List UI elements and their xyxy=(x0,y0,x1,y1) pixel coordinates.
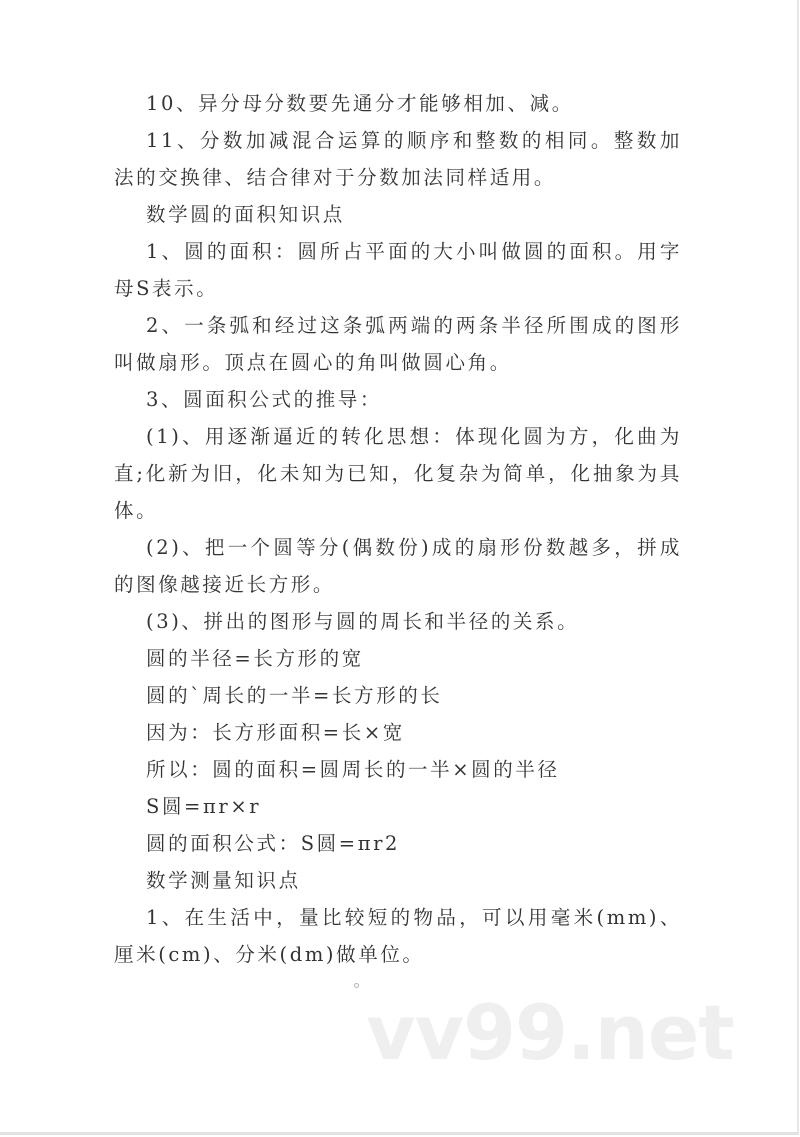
formula-half-circumference-length: 圆的`周长的一半=长方形的长 xyxy=(114,677,682,714)
paragraph-circle-area-definition: 1、圆的面积：圆所占平面的大小叫做圆的面积。用字母S表示。 xyxy=(114,233,682,307)
paragraph-derivation-step-3: (3)、拼出的图形与圆的周长和半径的关系。 xyxy=(114,603,682,640)
formula-circle-area-relation: 所以：圆的面积=圆周长的一半×圆的半径 xyxy=(114,751,682,788)
section-heading-circle-area: 数学圆的面积知识点 xyxy=(114,196,682,233)
formula-s-pi-r-r: S圆=πr×r xyxy=(114,788,682,825)
formula-circle-area-final: 圆的面积公式：S圆=πr2 xyxy=(114,825,682,862)
dot-mark-icon xyxy=(354,983,359,988)
paragraph-derivation-step-1: (1)、用逐渐逼近的转化思想：体现化圆为方，化曲为直;化新为旧，化未知为已知，化… xyxy=(114,418,682,529)
watermark-text: vv99.net xyxy=(366,995,734,1071)
paragraph-sector-definition: 2、一条弧和经过这条弧两端的两条半径所围成的图形叫做扇形。顶点在圆心的角叫做圆心… xyxy=(114,307,682,381)
paragraph-formula-derivation: 3、圆面积公式的推导： xyxy=(114,381,682,418)
formula-radius-width: 圆的半径=长方形的宽 xyxy=(114,640,682,677)
document-body: 10、异分母分数要先通分才能够相加、减。 11、分数加减混合运算的顺序和整数的相… xyxy=(114,85,682,973)
section-heading-measurement: 数学测量知识点 xyxy=(114,862,682,899)
document-page: 10、异分母分数要先通分才能够相加、减。 11、分数加减混合运算的顺序和整数的相… xyxy=(0,0,799,1135)
paragraph-fraction-rule-10: 10、异分母分数要先通分才能够相加、减。 xyxy=(114,85,682,122)
paragraph-derivation-step-2: (2)、把一个圆等分(偶数份)成的扇形份数越多，拼成的图像越接近长方形。 xyxy=(114,529,682,603)
paragraph-measurement-units: 1、在生活中，量比较短的物品，可以用毫米(mm)、厘米(cm)、分米(dm)做单… xyxy=(114,899,682,973)
paragraph-fraction-rule-11: 11、分数加减混合运算的顺序和整数的相同。整数加法的交换律、结合律对于分数加法同… xyxy=(114,122,682,196)
formula-rectangle-area: 因为：长方形面积=长×宽 xyxy=(114,714,682,751)
